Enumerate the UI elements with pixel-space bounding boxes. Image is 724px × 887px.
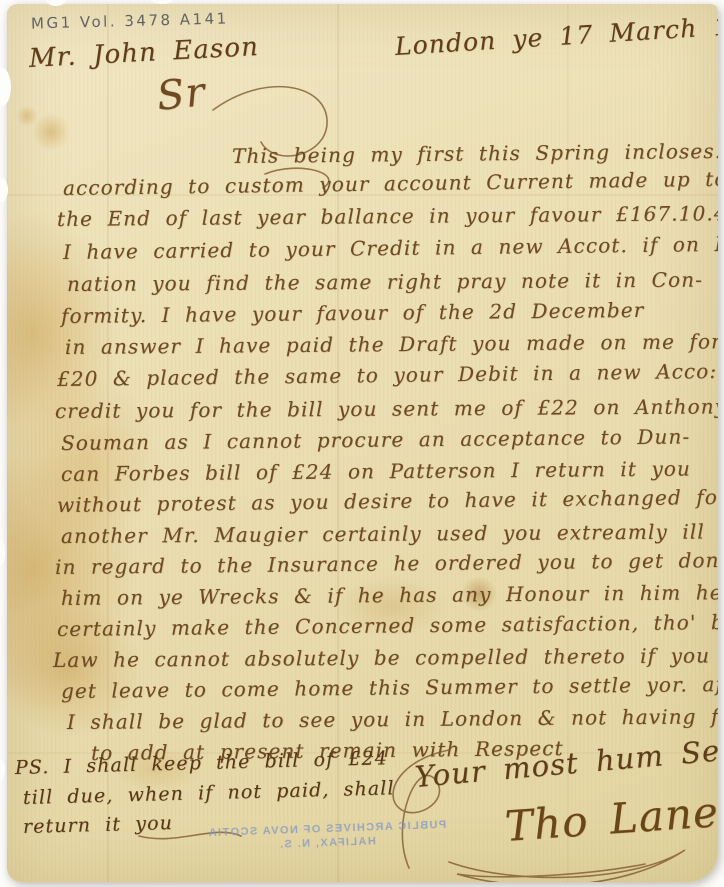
- body-line: the End of last year ballance in your fa…: [57, 201, 718, 231]
- archival-note: MG1 Vol. 3478 A141: [31, 9, 229, 32]
- archive-stamp: PUBLIC ARCHIVES OF NOVA SCOTIA HALIFAX, …: [200, 818, 455, 855]
- torn-edge-chip: [0, 540, 5, 566]
- body-line: formity. I have your favour of the 2d De…: [61, 298, 645, 328]
- letter-paper: MG1 Vol. 3478 A141 Mr. John Eason London…: [7, 4, 718, 882]
- body-line: Law he cannot absolutely be compelled th…: [53, 643, 718, 672]
- body-line: in answer I have paid the Draft you made…: [65, 329, 718, 359]
- body-line: another Mr. Maugier certainly used you e…: [61, 520, 705, 548]
- body-line: I have carried to your Credit in a new A…: [63, 231, 718, 264]
- signature: Tho Lane: [503, 787, 718, 851]
- postscript-line: return it you: [23, 812, 174, 838]
- dateline: London ye 17 March 1755: [394, 8, 718, 61]
- body-line: get leave to come home this Summer to se…: [61, 672, 718, 703]
- recipient-line: Mr. John Eason: [28, 32, 259, 74]
- body-line: Souman as I cannot procure an acceptance…: [61, 424, 690, 455]
- body-line: I shall be glad to see you in London & n…: [67, 704, 718, 734]
- body-line: This being my first this Spring incloses…: [232, 139, 718, 168]
- body-line: credit you for the bill you sent me of £…: [55, 394, 718, 423]
- body-line: in regard to the Insurance he ordered yo…: [55, 547, 718, 579]
- body-line: without protest as you desire to have it…: [57, 485, 718, 517]
- body-line: nation you find the same right pray note…: [67, 268, 703, 296]
- salutation: Sr: [155, 69, 208, 120]
- body-line: can Forbes bill of £24 on Patterson I re…: [61, 457, 691, 486]
- postscript-line: till due, when if not paid, shall: [23, 777, 395, 809]
- scanned-letter: MG1 Vol. 3478 A141 Mr. John Eason London…: [0, 0, 724, 887]
- torn-edge-chip: [0, 760, 5, 780]
- body-line: certainly make the Concerned some satisf…: [57, 610, 718, 641]
- body-line: £20 & placed the same to your Debit in a…: [57, 358, 718, 391]
- body-line: him on ye Wrecks & if he has any Honour …: [61, 580, 718, 610]
